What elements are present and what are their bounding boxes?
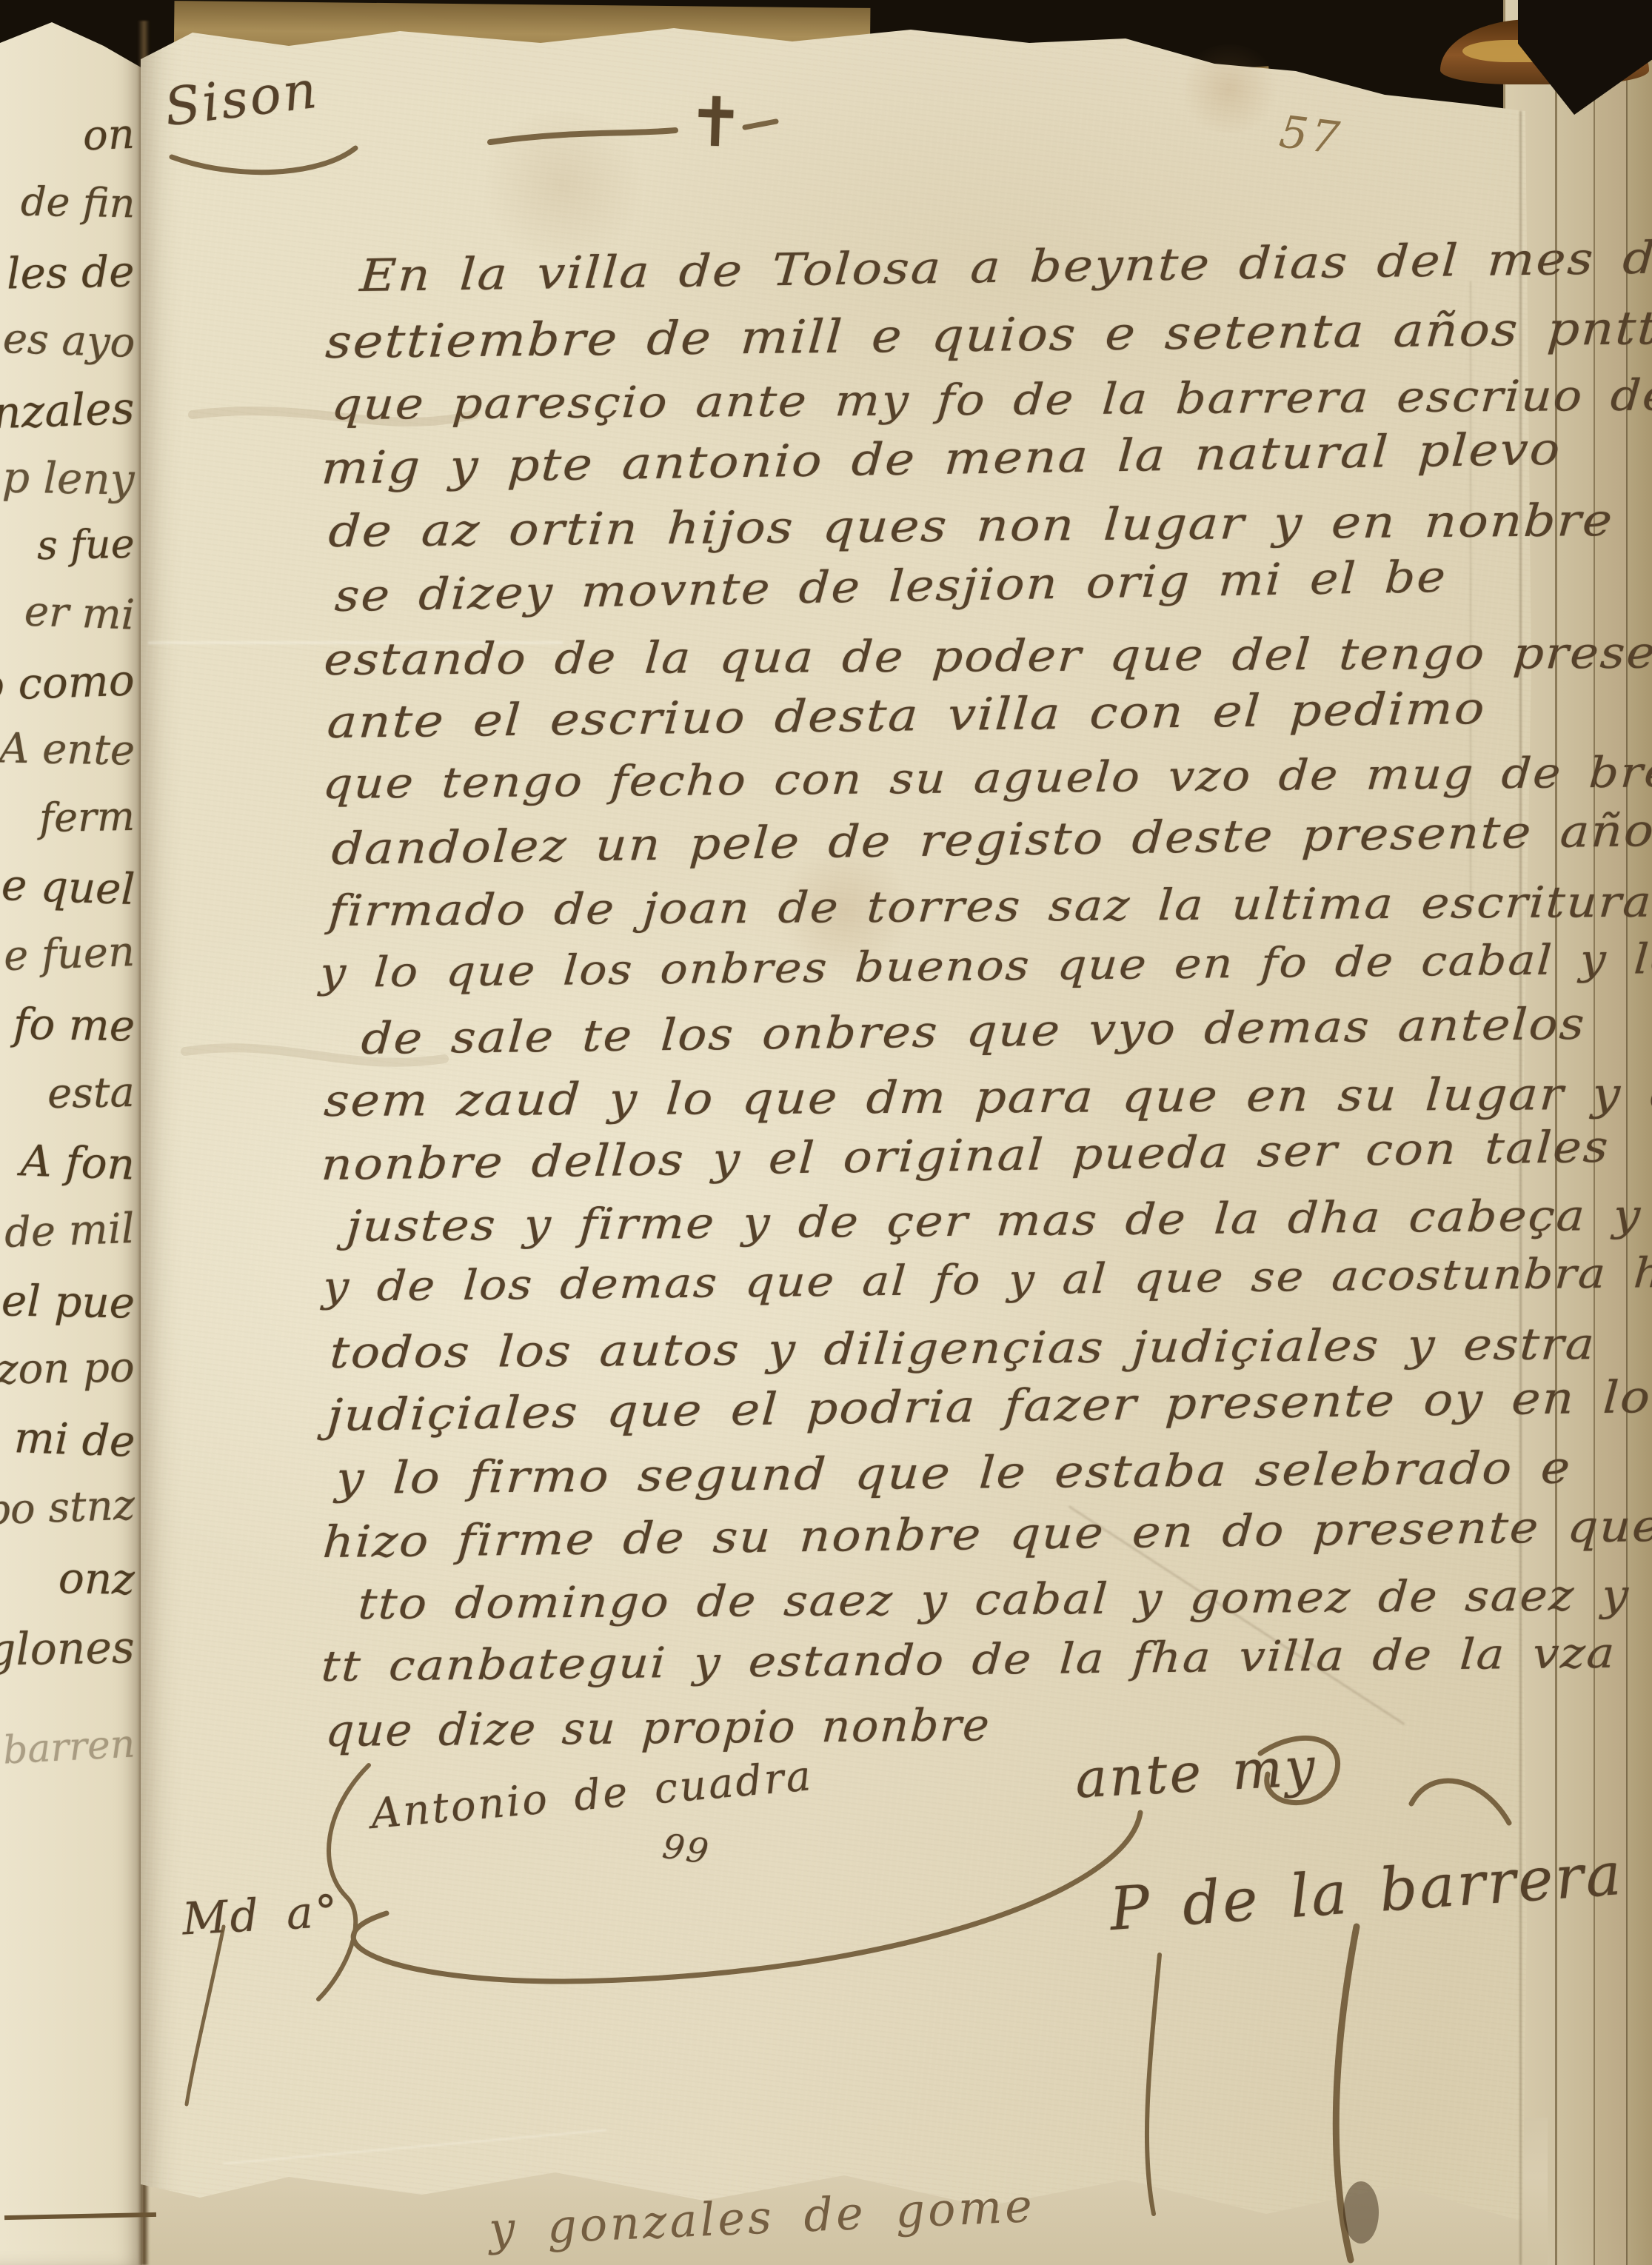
- manuscript-text-line: mig y pte antonio de mena la natural ple…: [320, 424, 1562, 495]
- manuscript-text-line: judiçiales que el podria fazer presente …: [326, 1371, 1652, 1442]
- manuscript-text-line: y de los demas que al fo y al que se aco…: [321, 1248, 1652, 1312]
- manuscript-text-line: justes y firme y de çer mas de la dha ca…: [345, 1188, 1652, 1251]
- manuscript-text-line: tt canbategui y estando de la fha villa …: [320, 1629, 1617, 1691]
- manuscript-text-line: ante el escriuo desta villa con el pedim…: [326, 683, 1488, 749]
- attestation-ante-mi: ante my: [1074, 1736, 1319, 1810]
- manuscript-text-line: hizo firme de su nonbre que en do presen…: [321, 1500, 1652, 1568]
- manuscript-text-line: sem zaud y lo que dm para que en su luga…: [322, 1068, 1652, 1127]
- manuscript-text-line: que dize su propio nonbre: [324, 1699, 992, 1757]
- manuscript-text-line: de sale te los onbres que vyo demas ante…: [360, 998, 1588, 1064]
- manuscript-text-line: estando de la qua de poder que del tengo…: [323, 626, 1652, 685]
- manuscript-text-line: dandolez un pele de registo deste presen…: [330, 805, 1652, 875]
- manuscript-text-line: que tengo fecho con su aguelo vzo de mug…: [321, 747, 1652, 809]
- manuscript-text-line: se dizey movnte de lesjion orig mi el be: [333, 551, 1448, 621]
- manuscript-text-line: firmado de joan de torres saz la ultima …: [327, 877, 1652, 937]
- manuscript-text-line: tto domingo de saez y cabal y gomez de s…: [357, 1570, 1631, 1629]
- manuscript-text-line: y lo que los onbres buenos que en fo de …: [318, 934, 1652, 997]
- manuscript-text-line: que paresçio ante my fo de la barrera es…: [330, 369, 1652, 429]
- manuscript-text-line: de az ortin hijos ques non lugar y en no…: [327, 495, 1616, 558]
- manuscript-photo: onde finles dees ayonzalesp lenys fueer …: [0, 0, 1652, 2265]
- manuscript-text-line: nonbre dellos y el original pueda ser co…: [320, 1121, 1611, 1190]
- manuscript-text-line: todos los autos y diligençias judiçiales…: [329, 1318, 1598, 1378]
- manuscript-text-line: En la villa de Tolosa a beynte dias del …: [358, 232, 1652, 302]
- secretary-note: Md a°: [181, 1885, 341, 1945]
- manuscript-text-line: settiembre de mill e quios e setenta año…: [324, 301, 1652, 369]
- manuscript-text-line: y lo firmo segund que le estaba selebrad…: [335, 1442, 1574, 1505]
- signature-left-rubric-mark: 99: [661, 1826, 713, 1872]
